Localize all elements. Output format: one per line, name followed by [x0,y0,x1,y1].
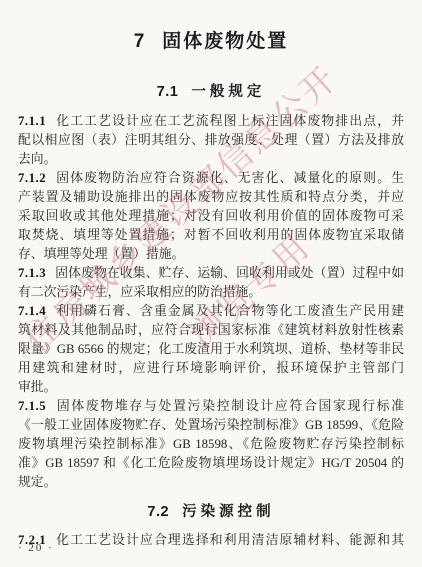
clause-first-line: 7.1.3固体废物在收集、贮存、运输、回收利用或处（置）过程中如 [18,264,404,283]
clause-line: 有二次污染产生，应采取相应的防治措施。 [18,283,404,302]
clause-line: 去向。 [18,150,404,169]
clause-line: 规定。 [18,473,404,492]
clause-first-line: 7.2.1化工工艺设计应合理选择和利用清洁原辅材料、能源和其 [18,531,404,550]
page-number: · 20 · [18,542,54,554]
clause-line: 准》GB 18597 和《化工危险废物填埋场设计规定》HG/T 20504 的 [18,454,404,473]
clause-number: 7.1.1 [18,114,46,128]
chapter-title-text: 固体废物处置 [162,31,288,52]
clause-number: 7.1.2 [18,171,46,185]
clause-line: 取焚烧、填埋等处置措施；对暂不回收利用的固体废物宜采取储 [18,226,404,245]
chapter-title: 7固体废物处置 [18,26,404,53]
clause-line: 废物填埋污染控制标准》GB 18598、《危险废物贮存污染控制标 [18,435,404,454]
clause-line: 采取回收或其他处理措施；对没有回收利用价值的固体废物可采 [18,207,404,226]
section-heading-7-2: 7.2污染源控制 [18,500,404,521]
clause-first-line: 7.1.1化工工艺设计应在工艺流程图上标注固体废物排出点，并 [18,112,404,131]
clause-line: 限量》GB 6566 的规定；化工废渣用于水利筑坝、道桥、垫材等非民 [18,340,404,359]
section-number: 7.1 [157,84,179,100]
clause-line: 审批。 [18,378,404,397]
clause-number: 7.1.3 [18,266,46,280]
section-title: 污染源控制 [182,504,275,520]
clause-line: 产装置及辅助设施排出的固体废物应按其性质和特点分类，并应 [18,188,404,207]
clause-line: 存、填埋等处理（置）措施。 [18,245,404,264]
chapter-number: 7 [134,31,147,52]
page-content: 7固体废物处置 7.1一般规定7.1.1化工工艺设计应在工艺流程图上标注固体废物… [0,0,422,550]
section-title: 一般规定 [191,84,265,100]
sections-container: 7.1一般规定7.1.1化工工艺设计应在工艺流程图上标注固体废物排出点，并配以相… [18,80,404,550]
clause-number: 7.1.5 [18,399,46,413]
clause-line: 《一般工业固体废物贮存、处置场污染控制标准》GB 18599、《危险 [18,416,404,435]
section-number: 7.2 [147,504,169,520]
clause-number: 7.1.4 [18,304,46,318]
document-page: 7固体废物处置 7.1一般规定7.1.1化工工艺设计应在工艺流程图上标注固体废物… [0,0,422,567]
clause-line: 配以相应图（表）注明其组分、排放强度、处理（置）方法及排放 [18,131,404,150]
clause-first-line: 7.1.4利用磷石膏、含重金属及其化合物等化工废渣生产民用建 [18,302,404,321]
clause-first-line: 7.1.2固体废物防治应符合资源化、无害化、减量化的原则。生 [18,169,404,188]
clause-first-line: 7.1.5固体废物堆存与处置污染控制设计应符合国家现行标准 [18,397,404,416]
clause-line: 用建筑和建材时，应进行环境影响评价，报环境保护主管部门 [18,359,404,378]
clause-line: 筑材料及其他制品时，应符合现行国家标准《建筑材料放射性核素 [18,321,404,340]
section-heading-7-1: 7.1一般规定 [18,80,404,101]
